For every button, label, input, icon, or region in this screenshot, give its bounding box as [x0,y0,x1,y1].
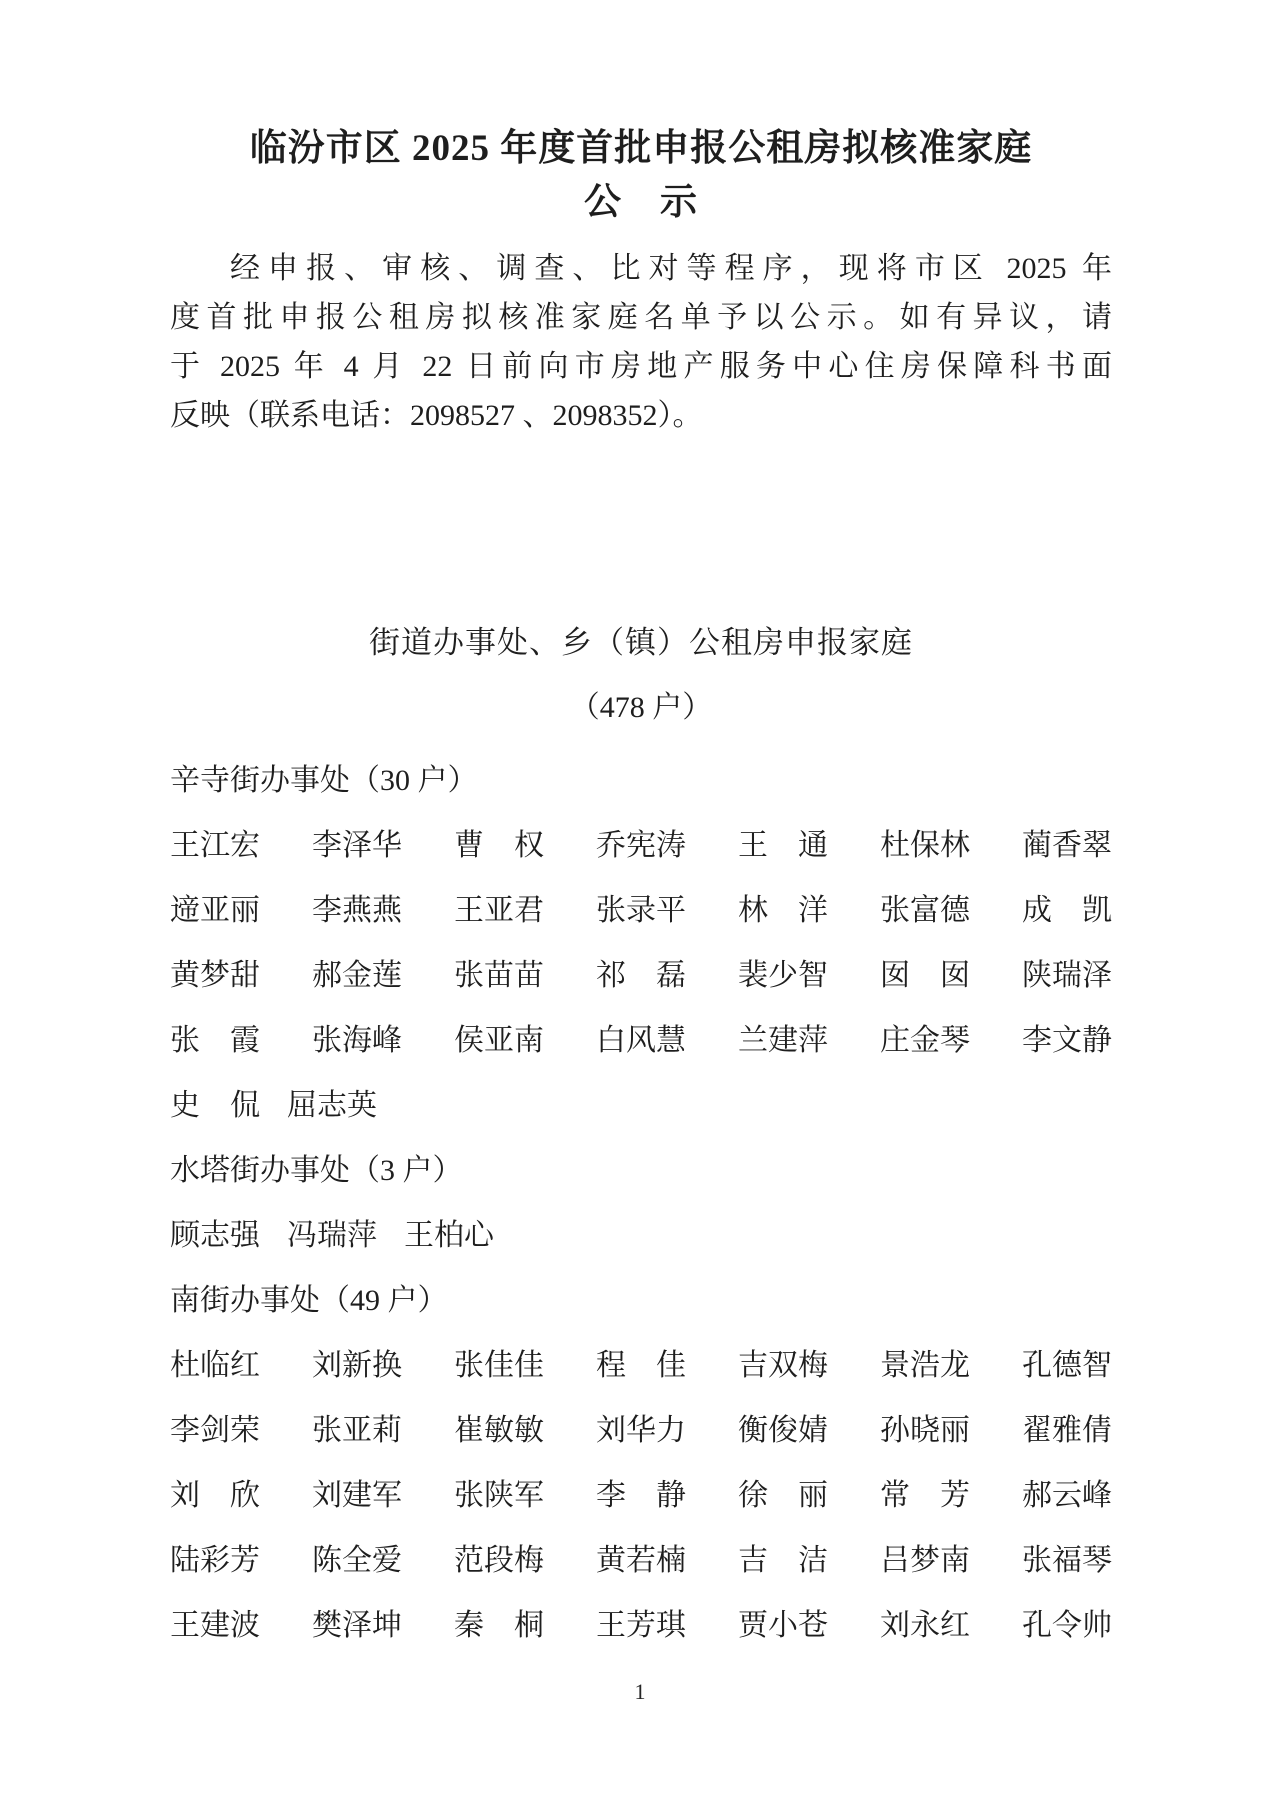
person-name: 遆亚丽 [170,878,260,943]
person-name: 孔德智 [1022,1333,1112,1398]
person-name: 常 芳 [880,1463,970,1528]
document-title: 临汾市区 2025 年度首批申报公租房拟核准家庭 [170,122,1112,176]
name-row: 史 侃屈志英 [170,1073,1112,1138]
person-name: 吕梦南 [880,1528,970,1593]
person-name: 张福琴 [1022,1528,1112,1593]
person-name: 杜保林 [880,813,970,878]
person-name: 王江宏 [170,813,260,878]
name-row: 王建波樊泽坤秦 桐王芳琪贾小苍刘永红孔令帅 [170,1593,1112,1658]
person-name: 黄梦甜 [170,943,260,1008]
person-name: 张陕军 [454,1463,544,1528]
person-name: 刘新换 [312,1333,402,1398]
page-number: 1 [0,1679,1280,1705]
document-page: 临汾市区 2025 年度首批申报公租房拟核准家庭 公 示 经申报、审核、调查、比… [0,0,1280,1810]
person-name: 李 静 [596,1463,686,1528]
person-name: 翟雅倩 [1022,1398,1112,1463]
group-title: 南街办事处（49 户） [170,1268,1112,1333]
person-name: 庄金琴 [880,1008,970,1073]
person-name: 张海峰 [312,1008,402,1073]
person-name: 杜临红 [170,1333,260,1398]
person-name: 王柏心 [404,1203,494,1268]
person-name: 郝云峰 [1022,1463,1112,1528]
person-name: 屈志英 [287,1073,377,1138]
person-name: 蔺香翠 [1022,813,1112,878]
intro-line: 于 2025 年 4 月 22 日前向市房地产服务中心住房保障科书面 [170,342,1112,391]
person-name: 陕瑞泽 [1022,943,1112,1008]
person-name: 陈全爱 [312,1528,402,1593]
person-name: 王芳琪 [596,1593,686,1658]
person-name: 冯瑞萍 [287,1203,377,1268]
person-name: 刘建军 [312,1463,402,1528]
person-name: 张亚莉 [312,1398,402,1463]
name-row: 黄梦甜郝金莲张苗苗祁 磊裴少智囡 囡陕瑞泽 [170,943,1112,1008]
intro-paragraph: 经申报、审核、调查、比对等程序，现将市区 2025 年 度首批申报公租房拟核准家… [170,244,1112,440]
group-title: 辛寺街办事处（30 户） [170,748,1112,813]
intro-line: 度首批申报公租房拟核准家庭名单予以公示。如有异议，请 [170,293,1112,342]
person-name: 孙晓丽 [880,1398,970,1463]
person-name: 曹 权 [454,813,544,878]
person-name: 景浩龙 [880,1333,970,1398]
person-name: 范段梅 [454,1528,544,1593]
person-name: 徐 丽 [738,1463,828,1528]
person-name: 侯亚南 [454,1008,544,1073]
person-name: 崔敏敏 [454,1398,544,1463]
person-name: 成 凯 [1022,878,1112,943]
person-name: 孔令帅 [1022,1593,1112,1658]
person-name: 白风慧 [596,1008,686,1073]
person-name: 贾小苍 [738,1593,828,1658]
document-content: 临汾市区 2025 年度首批申报公租房拟核准家庭 公 示 经申报、审核、调查、比… [0,0,1280,1658]
person-name: 程 佳 [596,1333,686,1398]
person-name: 乔宪涛 [596,813,686,878]
person-name: 刘永红 [880,1593,970,1658]
name-row: 张 霞张海峰侯亚南白风慧兰建萍庄金琴李文静 [170,1008,1112,1073]
roster-total-count: （478 户） [170,685,1112,730]
intro-line: 经申报、审核、调查、比对等程序，现将市区 2025 年 [170,244,1112,293]
name-row: 刘 欣刘建军张陕军李 静徐 丽常 芳郝云峰 [170,1463,1112,1528]
person-name: 樊泽坤 [312,1593,402,1658]
person-name: 郝金莲 [312,943,402,1008]
document-subtitle: 公 示 [170,176,1112,230]
intro-line: 反映（联系电话：2098527 、2098352）。 [170,391,1112,440]
name-row: 遆亚丽李燕燕王亚君张录平林 洋张富德成 凯 [170,878,1112,943]
name-row: 王江宏李泽华曹 权乔宪涛王 通杜保林蔺香翠 [170,813,1112,878]
groups: 辛寺街办事处（30 户）王江宏李泽华曹 权乔宪涛王 通杜保林蔺香翠遆亚丽李燕燕王… [170,748,1112,1658]
person-name: 李文静 [1022,1008,1112,1073]
person-name: 林 洋 [738,878,828,943]
person-name: 张录平 [596,878,686,943]
person-name: 史 侃 [170,1073,260,1138]
person-name: 吉 洁 [738,1528,828,1593]
person-name: 张苗苗 [454,943,544,1008]
name-row: 李剑荣张亚莉崔敏敏刘华力衡俊婧孙晓丽翟雅倩 [170,1398,1112,1463]
roster-heading: 街道办事处、乡（镇）公租房申报家庭 [170,620,1112,665]
person-name: 王亚君 [454,878,544,943]
name-row: 陆彩芳陈全爱范段梅黄若楠吉 洁吕梦南张福琴 [170,1528,1112,1593]
person-name: 张富德 [880,878,970,943]
person-name: 衡俊婧 [738,1398,828,1463]
person-name: 刘华力 [596,1398,686,1463]
person-name: 裴少智 [738,943,828,1008]
person-name: 刘 欣 [170,1463,260,1528]
person-name: 囡 囡 [880,943,970,1008]
person-name: 王建波 [170,1593,260,1658]
person-name: 李泽华 [312,813,402,878]
person-name: 黄若楠 [596,1528,686,1593]
person-name: 王 通 [738,813,828,878]
person-name: 陆彩芳 [170,1528,260,1593]
person-name: 李燕燕 [312,878,402,943]
name-row: 杜临红刘新换张佳佳程 佳吉双梅景浩龙孔德智 [170,1333,1112,1398]
name-row: 顾志强冯瑞萍王柏心 [170,1203,1112,1268]
person-name: 祁 磊 [596,943,686,1008]
person-name: 兰建萍 [738,1008,828,1073]
person-name: 吉双梅 [738,1333,828,1398]
person-name: 顾志强 [170,1203,260,1268]
group-title: 水塔街办事处（3 户） [170,1138,1112,1203]
person-name: 张佳佳 [454,1333,544,1398]
person-name: 秦 桐 [454,1593,544,1658]
person-name: 李剑荣 [170,1398,260,1463]
person-name: 张 霞 [170,1008,260,1073]
